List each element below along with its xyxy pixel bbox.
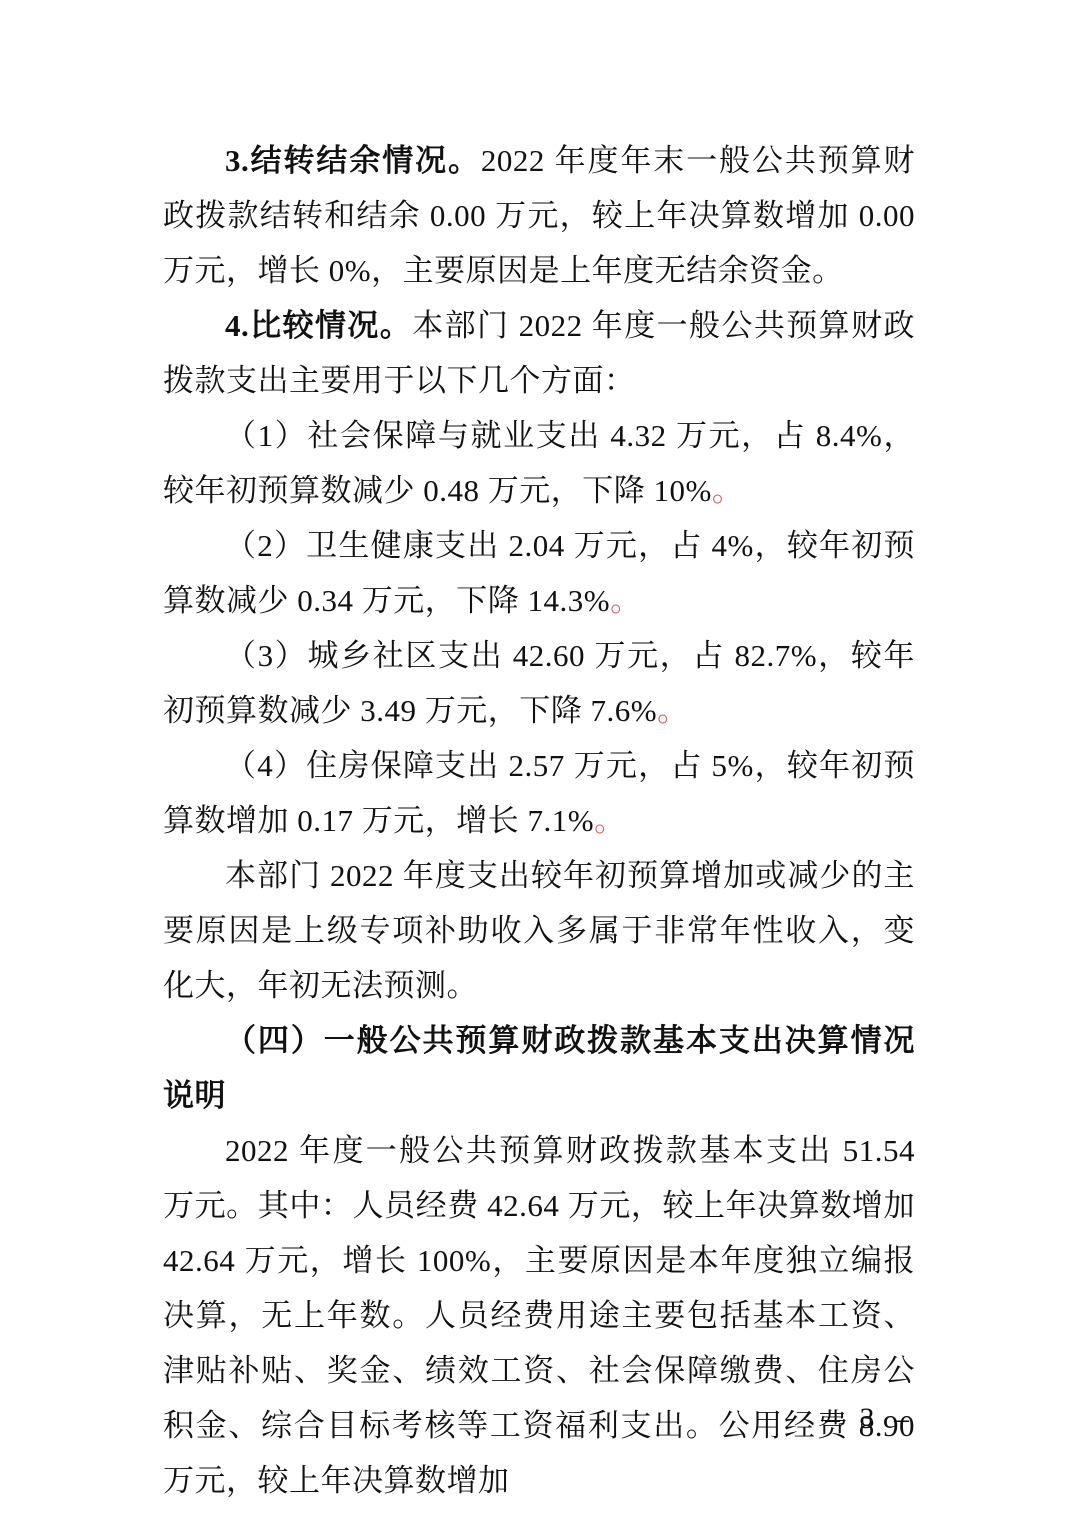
paragraph: （2）卫生健康支出 2.04 万元，占 4%，较年初预算数减少 0.34 万元，… xyxy=(163,518,915,628)
page-footer: – 3 – xyxy=(0,1402,915,1436)
red-period: 。 xyxy=(712,473,744,508)
text-segment: 本部门 2022 年度支出较年初预算增加或减少的主要原因是上级专项补助收入多属于… xyxy=(163,858,915,1003)
paragraph: 本部门 2022 年度支出较年初预算增加或减少的主要原因是上级专项补助收入多属于… xyxy=(163,848,915,1013)
text-segment: （3）城乡社区支出 42.60 万元，占 82.7%，较年初预算数减少 3.49… xyxy=(163,638,915,728)
page-number: – 3 – xyxy=(825,1402,915,1435)
paragraph: 3.结转结余情况。2022 年度年末一般公共预算财政拨款结转和结余 0.00 万… xyxy=(163,133,915,298)
text-segment: （2）卫生健康支出 2.04 万元，占 4%，较年初预算数减少 0.34 万元，… xyxy=(163,528,915,618)
document-body: 3.结转结余情况。2022 年度年末一般公共预算财政拨款结转和结余 0.00 万… xyxy=(163,133,915,1508)
text-segment: （1）社会保障与就业支出 4.32 万元，占 8.4%，较年初预算数减少 0.4… xyxy=(163,418,915,508)
paragraph: （四）一般公共预算财政拨款基本支出决算情况说明 xyxy=(163,1013,915,1123)
paragraph: 2022 年度一般公共预算财政拨款基本支出 51.54 万元。其中：人员经费 4… xyxy=(163,1123,915,1508)
paragraph: （4）住房保障支出 2.57 万元，占 5%，较年初预算数增加 0.17 万元，… xyxy=(163,738,915,848)
text-segment: 2022 年度一般公共预算财政拨款基本支出 51.54 万元。其中：人员经费 4… xyxy=(163,1133,915,1498)
text-segment: （4）住房保障支出 2.57 万元，占 5%，较年初预算数增加 0.17 万元，… xyxy=(163,748,915,838)
paragraph: （3）城乡社区支出 42.60 万元，占 82.7%，较年初预算数减少 3.49… xyxy=(163,628,915,738)
heading-segment: （四）一般公共预算财政拨款基本支出决算情况说明 xyxy=(163,1023,915,1113)
document-page: 3.结转结余情况。2022 年度年末一般公共预算财政拨款结转和结余 0.00 万… xyxy=(0,0,1075,1521)
red-period: 。 xyxy=(657,693,689,728)
heading-segment: 3.结转结余情况。 xyxy=(225,143,481,178)
paragraph: （1）社会保障与就业支出 4.32 万元，占 8.4%，较年初预算数减少 0.4… xyxy=(163,408,915,518)
paragraph: 4.比较情况。本部门 2022 年度一般公共预算财政拨款支出主要用于以下几个方面… xyxy=(163,298,915,408)
heading-segment: 4.比较情况。 xyxy=(225,308,412,343)
red-period: 。 xyxy=(610,583,642,618)
red-period: 。 xyxy=(594,803,626,838)
